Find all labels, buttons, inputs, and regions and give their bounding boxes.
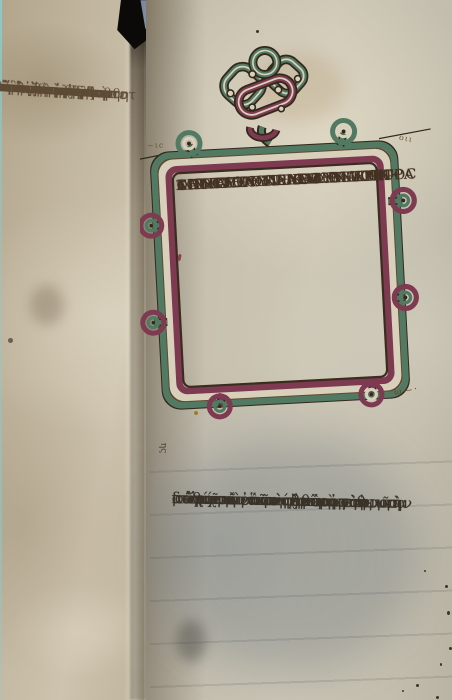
text-line: ερωσι καὶ πατ [0,70,68,107]
ink-speck [447,611,450,615]
ink-speck [8,338,13,343]
photo-edge-fringe [0,0,2,700]
corner-volute [177,132,200,157]
frame-border [140,42,445,420]
text-line: οὐχό τι τῶν χρόνων προσ [174,484,400,518]
corner-volute [332,120,355,146]
gloss: ~ιc [147,141,164,150]
marginal-note: ης [158,443,168,453]
ink-speck [436,696,439,699]
knot-ornament [217,48,311,146]
ink-speck [424,570,426,572]
ink-speck [440,663,442,666]
headpiece-ornament [140,30,452,420]
stain [30,285,64,325]
ink-speck [256,30,259,33]
ink-speck [416,684,419,687]
ink-speck [445,585,448,588]
manuscript-photo: ατοι σ τε καὶ θ ουσ οι τε ἀν ατροφ η ται… [0,0,452,700]
side-volute [140,215,163,237]
ink-smudge [176,620,206,662]
ink-speck [402,690,404,692]
ink-speck [194,411,198,415]
